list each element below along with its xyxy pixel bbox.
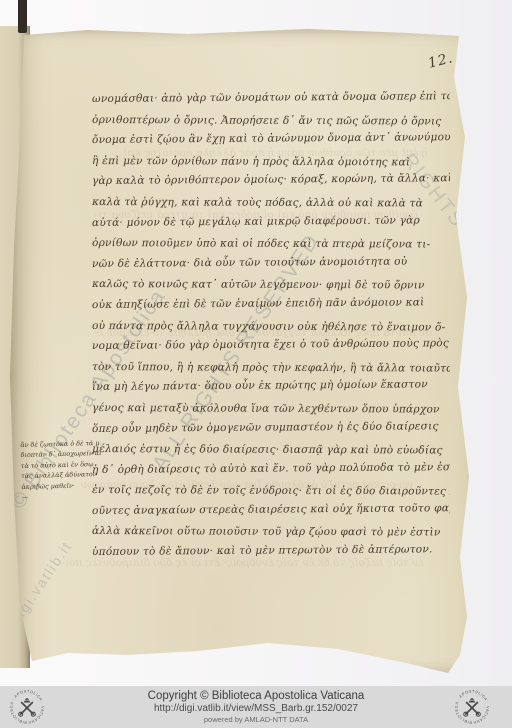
manuscript-line: ὑπόπουν τὸ δὲ ἄπουν· καὶ τὸ μὲν πτερωτὸν…: [92, 539, 450, 562]
manuscript-page: © Biblioteca Apostolica ALL RIGHTS RESER…: [8, 27, 476, 677]
vatican-library-logo: BIBLIOTECA · APOSTOLICA · VATICANA: [9, 689, 45, 725]
manuscript-line: ἵνα μὴ λέγω πάντα· ὅπου οὖν ἐκ πρώτης μὴ…: [92, 375, 450, 398]
manuscript-line: οῦντες ἀναγκαίων στερεὰς διαιρέσεις καὶ …: [92, 498, 450, 521]
manuscript-line: γὰρ καλὰ τὸ ὀρνιθόπτερον ὁμοίως· κόραξ, …: [92, 169, 450, 192]
manuscript-line: νῶν δὲ ἐλάττονα· διὰ οὖν τῶν τοιούτων ἀν…: [92, 251, 450, 274]
manuscript-line: ὄνομα ἐστὶ ζῴου ἂν ἔχῃ καὶ τὸ ἀνώνυμον ὄ…: [92, 127, 450, 150]
powered-by: powered by AMLAD-NTT DATA: [0, 715, 512, 724]
manuscript-line: ωνομάσθαι· ἀπὸ γὰρ τῶν ὀνομάτων οὐ κατὰ …: [92, 89, 450, 110]
manuscript-line: ὅπερ οὖν μηδὲν τῶν ὁμογενῶν συμπαστέον ἡ…: [92, 416, 450, 439]
scan-viewport: © Biblioteca Apostolica ALL RIGHTS RESER…: [0, 0, 512, 728]
footer-bar: Copyright © Biblioteca Apostolica Vatica…: [0, 686, 512, 728]
marginal-note: ἂν δὲ ζῳοτόκα ὁ δὲ τὰ μὴδιοπτᾶν δ᾽ ἀποχω…: [20, 438, 102, 503]
manuscript-line: ἡ δ᾽ ὀρθὴ διαίρεσις τὸ αὐτὸ καὶ ἕν. τοῦ …: [92, 457, 450, 480]
manuscript-line: οὐκ ἀπηξίωσε ἐπὶ δὲ τῶν ἐναίμων ἐπειδὴ π…: [92, 292, 450, 315]
folio-number: 12.: [426, 50, 454, 72]
manuscript-text-block: ωνομάσθαι· ἀπὸ γὰρ τῶν ὀνομάτων οὐ κατὰ …: [92, 89, 450, 563]
copyright-line: Copyright © Biblioteca Apostolica Vatica…: [0, 690, 512, 702]
manuscript-line: νομα θεῖναι· δύο γὰρ ὁμοιότητα ἔχει ὁ το…: [92, 333, 450, 356]
source-url: http://digi.vatlib.it/view/MSS_Barb.gr.1…: [0, 703, 512, 714]
vatican-library-logo: BIBLIOTECA · APOSTOLICA · VATICANA: [454, 689, 490, 725]
manuscript-line: αὐτά· μόνον δὲ τῷ μεγάλῳ καὶ μικρῷ διαφέ…: [92, 210, 450, 233]
marginal-note-line: τὰς ἀναλλὰξ ἀδύνατον: [21, 469, 101, 481]
marginal-note-line: —: [22, 490, 102, 502]
binding-strip: [18, 0, 27, 33]
